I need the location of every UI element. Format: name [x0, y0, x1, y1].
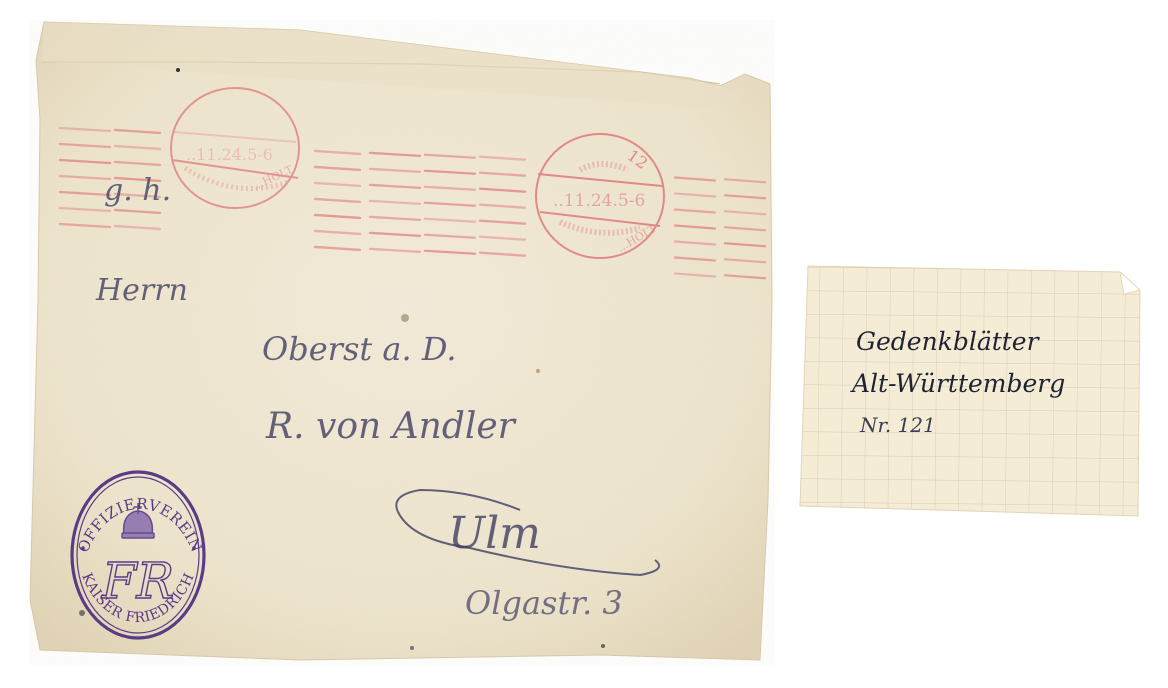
address-line: g. h.	[104, 173, 171, 208]
photo-scene: ...HOLT ..11.24.5-6 12 ...HOLT ..11.24.5…	[0, 0, 1168, 688]
address-line: Oberst a. D.	[262, 330, 457, 368]
address-line: Ulm	[448, 508, 541, 559]
seal-monogram: FR	[101, 552, 174, 610]
note-line: Nr. 121	[859, 413, 936, 437]
address-line: Olgastr. 3	[465, 584, 623, 622]
note-line: Gedenkblätter	[856, 327, 1041, 356]
folded-corner	[1120, 272, 1140, 294]
postmark-left-date: ..11.24.5-6	[186, 145, 273, 164]
note-card: Gedenkblätter Alt-Württemberg Nr. 121	[800, 266, 1140, 516]
envelope: ...HOLT ..11.24.5-6 12 ...HOLT ..11.24.5…	[30, 20, 775, 665]
note-line: Alt-Württemberg	[850, 369, 1065, 398]
address-line: Herrn	[95, 273, 188, 308]
address-line: R. von Andler	[265, 406, 517, 447]
svg-text:..11.24.5-6: ..11.24.5-6	[553, 191, 645, 211]
